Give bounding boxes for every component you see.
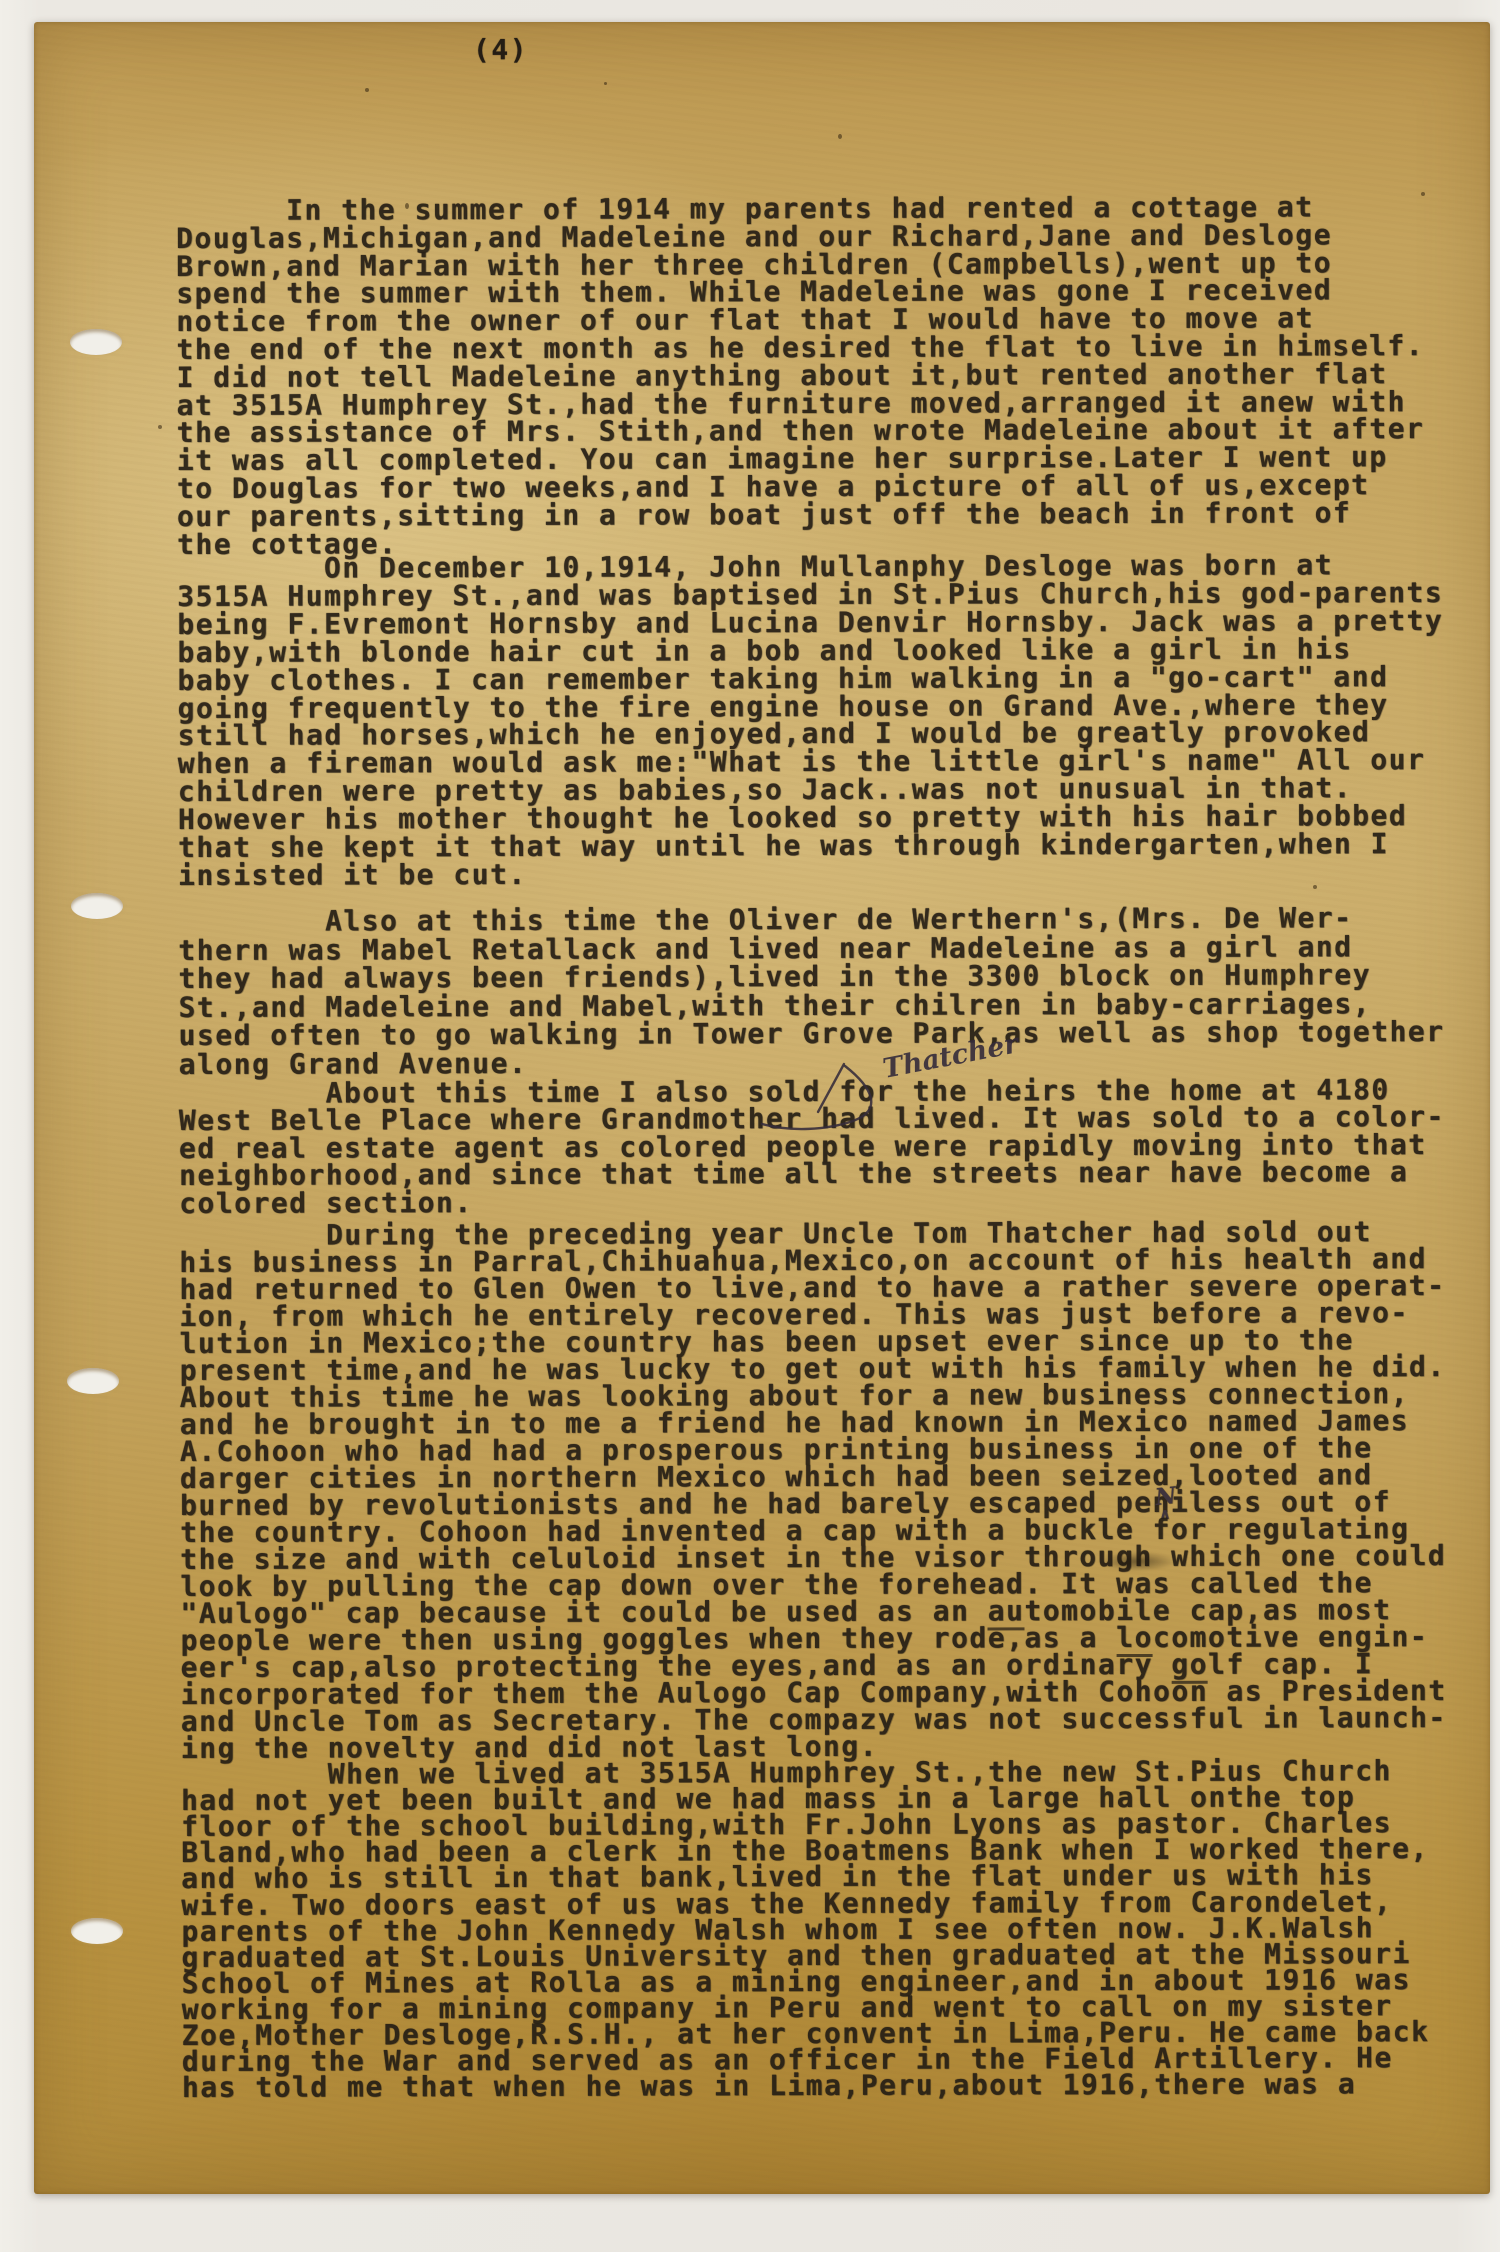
handwritten-word: Thatcher <box>880 1028 1022 1085</box>
typed-line: colored section. <box>179 1189 473 1217</box>
ink-smudge <box>1083 1548 1191 1575</box>
punch-hole <box>71 893 123 919</box>
punch-hole <box>67 1368 119 1394</box>
insertion-swoosh-stroke <box>762 1066 871 1129</box>
typed-line: our parents,sitting in a row boat just o… <box>177 499 1351 530</box>
typed-line: that she kept it that way until he was t… <box>178 830 1389 861</box>
ink-speck <box>365 88 369 92</box>
typed-line: has told me that when he was in Lima,Per… <box>182 2070 1356 2101</box>
ink-speck <box>158 425 162 429</box>
handwritten-thatcher-annotation: Thatcher <box>735 1036 1035 1161</box>
page-overlay: (4) In the summer of 1914 my parents had… <box>0 0 1500 2252</box>
ink-speck <box>604 82 607 85</box>
typed-line: neighborhood,and since that time all the… <box>179 1158 1408 1189</box>
ink-speck <box>1313 885 1317 889</box>
punch-hole <box>70 329 122 355</box>
ink-speck <box>405 203 409 209</box>
insertion-slash-stroke <box>818 1064 844 1112</box>
typed-line: insisted it be cut. <box>178 861 527 889</box>
typed-line: along Grand Avenue. <box>179 1050 528 1078</box>
ink-speck <box>1421 192 1425 196</box>
ink-speck <box>838 134 842 139</box>
punch-hole <box>71 1918 123 1944</box>
scanned-document-page: (4) In the summer of 1914 my parents had… <box>0 0 1500 2252</box>
